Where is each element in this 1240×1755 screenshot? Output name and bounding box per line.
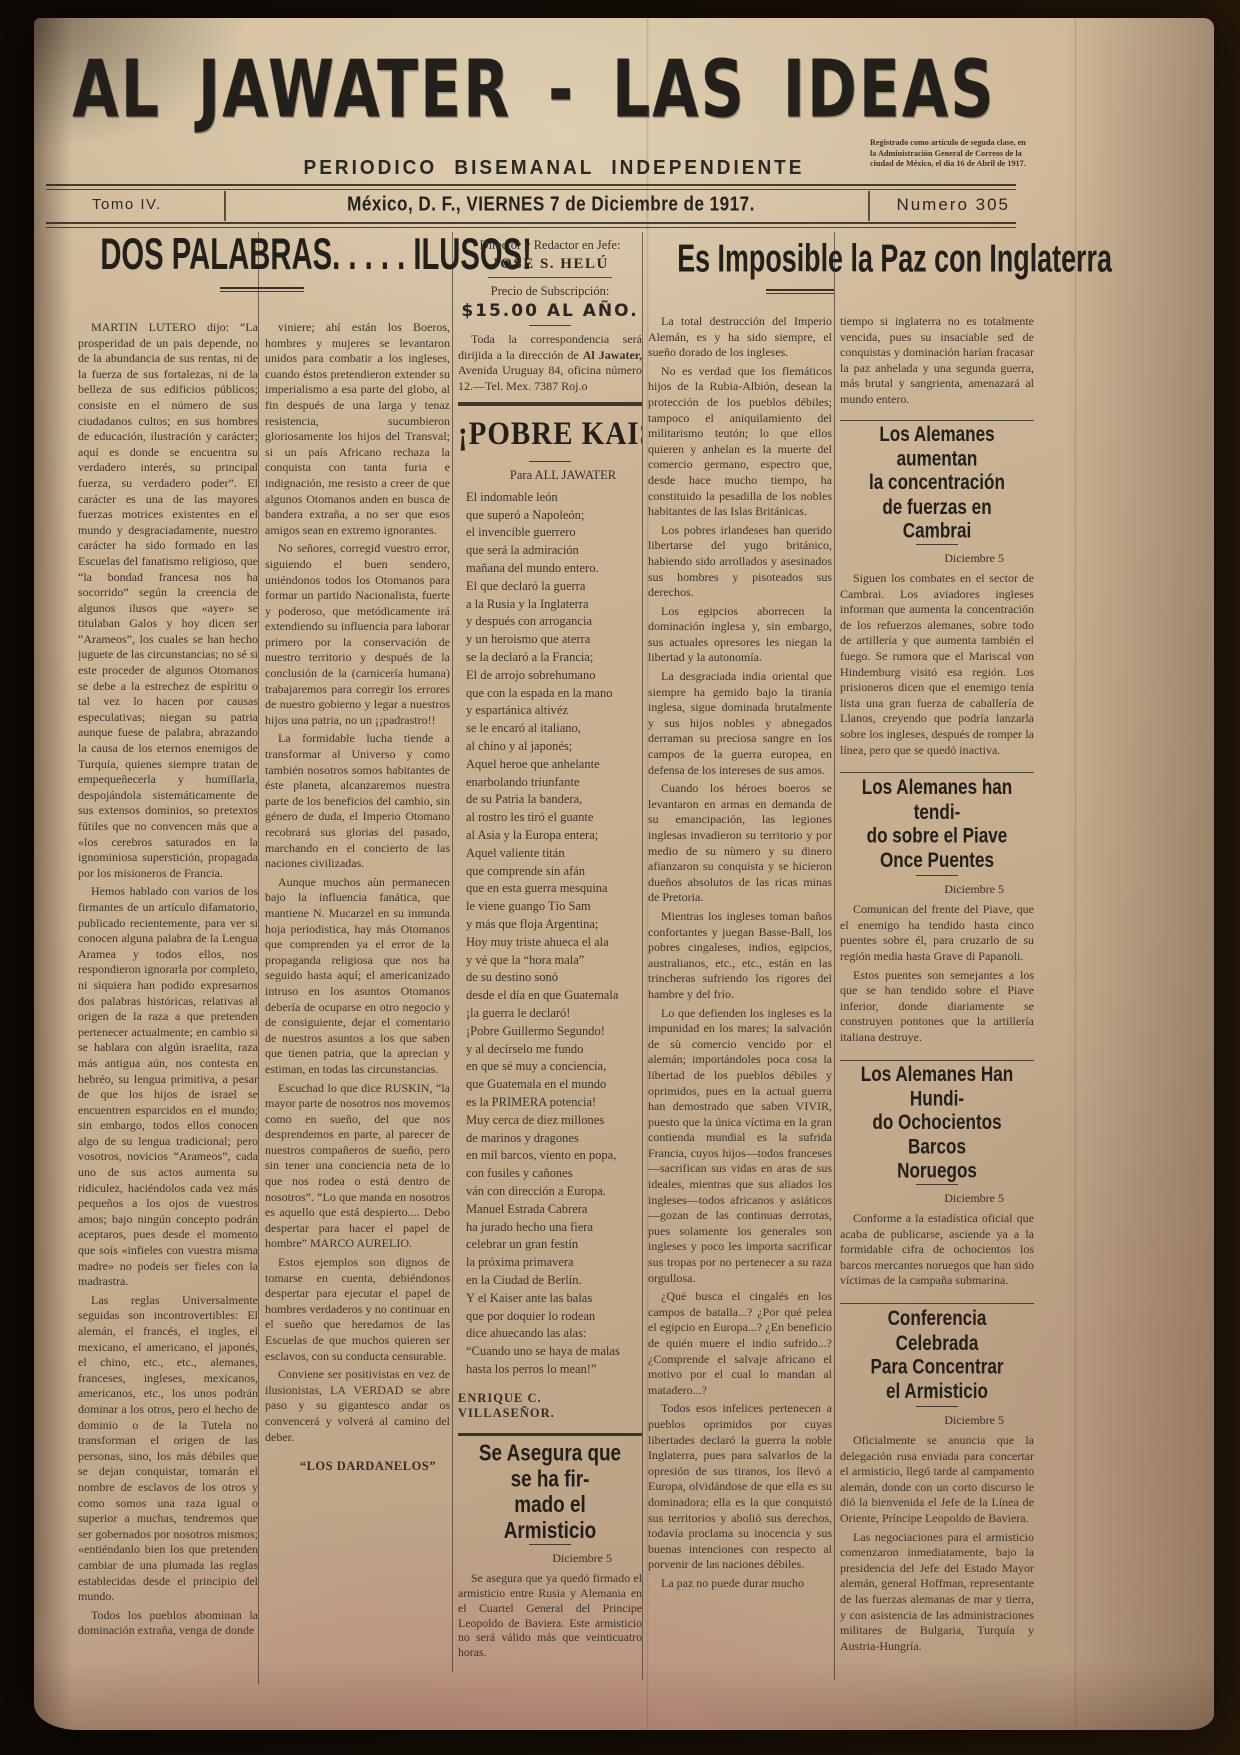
- poem-line: la próxima primavera: [458, 1254, 642, 1272]
- poem-line: al Asia y la Europa entera;: [458, 827, 642, 845]
- headline-line: Se Asegura que se ha fir-: [467, 1441, 633, 1493]
- poem-line: mañana del mundo entero.: [458, 560, 642, 578]
- paragraph: Se asegura que ya quedó firmado el armis…: [458, 1571, 642, 1660]
- poem-line: de su destino sonó: [458, 969, 642, 987]
- issue-date: México, D. F., VIERNES 7 de Diciembre de…: [252, 193, 851, 217]
- poem-line: Muy cerca de diez millones: [458, 1112, 642, 1130]
- poem-signature: ENRIQUE C. VILLASEÑOR.: [458, 1391, 642, 1421]
- headline-line: Once Puentes: [850, 849, 1025, 873]
- poem-line: ha jurado hecho una fiera: [458, 1219, 642, 1237]
- headline-line: de fuerzas en: [850, 495, 1025, 519]
- paragraph: La formidable lucha tiende a transformar…: [265, 731, 450, 871]
- poem-line: el invencible guerrero: [458, 524, 642, 542]
- column-divider: [452, 232, 453, 1672]
- paragraph: Conforme a la estadística oficial que ac…: [840, 1211, 1034, 1289]
- dateline-tag: Diciembre 5: [840, 882, 1034, 897]
- poem-line: con fusiles y cañones: [458, 1165, 642, 1183]
- dateline-tag: Diciembre 5: [840, 551, 1034, 566]
- article-signature: “LOS DARDANELOS”: [265, 1459, 450, 1474]
- correspondence-address: Al Jawater,: [583, 348, 642, 362]
- newspaper-page: AL JAWATER - LAS IDEAS PERIODICO BISEMAN…: [34, 18, 1214, 1730]
- paragraph: No es verdad que los flemáticos hijos de…: [648, 364, 832, 520]
- poem-line: al rostro les tiró el guante: [458, 809, 642, 827]
- dos-palabras-column-2: viniere; ahí están los Boeros, hombres y…: [265, 320, 450, 1682]
- column-divider: [258, 232, 259, 1684]
- headline-line: Los Alemanes han tendi-: [850, 777, 1025, 825]
- poem-line: de marinos y dragones: [458, 1130, 642, 1148]
- paragraph: La paz no puede durar mucho: [648, 1576, 832, 1592]
- right-column: tiempo si inglaterra no es totalmente ve…: [840, 314, 1034, 1686]
- director-name: JOSE S. HELÚ: [458, 256, 642, 273]
- poem: El indomable leónque superó a Napoleón;e…: [458, 489, 642, 1379]
- poem-line: ¡la guerra le declaró!: [458, 1005, 642, 1023]
- poem-line: El que declaró la guerra: [458, 578, 642, 596]
- headline-line: Los Alemanes aumentan: [850, 423, 1025, 471]
- paragraph: Mientras los ingleses toman baños confor…: [648, 909, 832, 1003]
- poem-line: y un heroismo que aterra: [458, 631, 642, 649]
- poem-line: que por doquier lo rodean: [458, 1308, 642, 1326]
- poem-line: que en esta guerra mesquina: [458, 880, 642, 898]
- poem-line: ván con dirección a Europa.: [458, 1183, 642, 1201]
- poem-line: es la PRIMERA potencia!: [458, 1094, 642, 1112]
- newspaper-subtitle: PERIODICO BISEMANAL INDEPENDIENTE: [274, 157, 834, 180]
- issue-number: Numero 305: [896, 195, 1010, 215]
- poem-line: de su Patria la bandera,: [458, 791, 642, 809]
- paragraph: Los egipcios aborrecen la dominación ing…: [648, 604, 832, 666]
- director-label: Director y Redactor en Jefe:: [458, 238, 642, 253]
- paragraph: ¿Qué busca el cingalés en los campos de …: [648, 1289, 832, 1398]
- poem-line: ¡Pobre Guillermo Segundo!: [458, 1023, 642, 1041]
- paragraph: Lo que defienden los ingleses es la impu…: [648, 1006, 832, 1287]
- headline-line: el Armisticio: [850, 1380, 1025, 1404]
- poem-line: desde el día en que Guatemala: [458, 987, 642, 1005]
- registration-line: la Administración General de Correos de …: [870, 149, 1030, 160]
- poem-line: El indomable león: [458, 489, 642, 507]
- volume-label: Tomo IV.: [92, 196, 162, 213]
- paragraph: La desgraciada india oriental que siempr…: [648, 669, 832, 778]
- brief-barcos: Los Alemanes Han Hundi-do Ochocientos Ba…: [840, 1060, 1034, 1289]
- poem-line: a la Rusia y la Inglaterra: [458, 596, 642, 614]
- dateline-tag: Diciembre 5: [840, 1191, 1034, 1206]
- brief-body: Siguen los combates en el sector de Camb…: [840, 571, 1034, 758]
- headline-line: mado el Armisticio: [467, 1492, 633, 1544]
- headline-underline: [916, 544, 958, 545]
- brief-body: Oficialmente se anuncia que la delegació…: [840, 1433, 1034, 1654]
- correspondence-note: Toda la correspondencia será dirijida a …: [458, 332, 642, 394]
- poem-line: Manuel Estrada Cabrera: [458, 1201, 642, 1219]
- headline-line: do sobre el Piave: [850, 825, 1025, 849]
- continuation-paragraph: tiempo si inglaterra no es totalmente ve…: [840, 314, 1034, 408]
- paragraph: Estos puentes son semejantes a los que s…: [840, 968, 1034, 1046]
- poem-headline: ¡POBRE KAISER!: [458, 416, 642, 453]
- poem-line: dice ahuecando las alas:: [458, 1325, 642, 1343]
- poem-line: Y el Kaiser ante las balas: [458, 1290, 642, 1308]
- rule: [529, 325, 571, 326]
- poem-line: le viene guango Tío Sam: [458, 898, 642, 916]
- paragraph: Siguen los combates en el sector de Camb…: [840, 571, 1034, 758]
- dateline-bar: Tomo IV. México, D. F., VIERNES 7 de Dic…: [46, 191, 1016, 221]
- poem-line: “Cuando uno se haya de malas: [458, 1343, 642, 1361]
- poem-line: en mil barcos, viento en popa,: [458, 1147, 642, 1165]
- brief-headline: Los Alemanes Han Hundi-do Ochocientos Ba…: [850, 1054, 1025, 1183]
- poem-line: Aquel valiente titán: [458, 845, 642, 863]
- section-rule: [458, 402, 642, 406]
- headline-line: Los Alemanes Han Hundi-: [850, 1063, 1025, 1111]
- headline-underline: [220, 287, 304, 292]
- article-inglaterra-header: Es Imposible la Paz con Inglaterra: [646, 236, 1036, 294]
- registration-line: ciudad de México, el día 16 de Abril de …: [870, 159, 1030, 170]
- poem-line: y vé que la “hora mala”: [458, 952, 642, 970]
- paragraph: MARTIN LUTERO dijo: “La prosperidad de u…: [78, 320, 258, 881]
- poem-line: que Guatemala en el mundo: [458, 1076, 642, 1094]
- brief-headline: Los Alemanes aumentanla concentraciónde …: [850, 414, 1025, 543]
- dateline-divider: [224, 191, 226, 221]
- headline-underline: [916, 1184, 958, 1185]
- center-column: Director y Redactor en Jefe: JOSE S. HEL…: [458, 238, 642, 1684]
- paragraph: Escuchad lo que dice RUSKIN, “la mayor p…: [265, 1081, 450, 1253]
- brief-cambrai: Los Alemanes aumentanla concentraciónde …: [840, 420, 1034, 759]
- dateline-tag: Diciembre 5: [458, 1551, 642, 1566]
- paragraph: La total destrucción del Imperio Alemán,…: [648, 314, 832, 361]
- headline-line: Noruegos: [850, 1159, 1025, 1183]
- correspondence-text: Avenida Uruguay 84, oficina número 12.—T…: [458, 363, 642, 393]
- headline-line: Para Concentrar: [850, 1355, 1025, 1379]
- paragraph: Conviene ser positivistas en vez de ilus…: [265, 1367, 450, 1445]
- article-headline: Es Imposible la Paz con Inglaterra: [677, 236, 1005, 281]
- article-headline: DOS PALABRAS. . . . . ILUSOS!: [100, 230, 423, 281]
- price-label: Precio de Subscripción:: [458, 284, 642, 299]
- poem-line: Hoy muy triste ahueca el ala: [458, 934, 642, 952]
- poem-line: enarbolando triunfante: [458, 774, 642, 792]
- poem-line: que será la admiración: [458, 542, 642, 560]
- paragraph: Aunque muchos aùn permanecen bajo la inf…: [265, 875, 450, 1078]
- poem-line: al chino y al japonés;: [458, 738, 642, 756]
- poem-line: hasta los perros lo mean!”: [458, 1361, 642, 1379]
- paragraph: Todos esos infelices pertenecen a pueblo…: [648, 1401, 832, 1573]
- rule-double-top: [46, 184, 1016, 190]
- headline-underline: [766, 289, 834, 294]
- poem-line: y más que floja Argentina;: [458, 916, 642, 934]
- headline-underline: [529, 461, 571, 462]
- paragraph: No señores, corregid vuestro error, sigu…: [265, 541, 450, 728]
- dateline-tag: Diciembre 5: [840, 1413, 1034, 1428]
- brief-body: Conforme a la estadística oficial que ac…: [840, 1211, 1034, 1289]
- poem-line: que con la espada en la mano: [458, 685, 642, 703]
- registration-line: Registrado como artículo de seguda clase…: [870, 138, 1030, 149]
- poem-line: El de arrojo sobrehumano: [458, 667, 642, 685]
- paragraph: Estos ejemplos son dignos de tomarse en …: [265, 1255, 450, 1364]
- paragraph: Hemos hablado con varios de los firmante…: [78, 884, 258, 1289]
- subscription-price: $15.00 AL AÑO.: [458, 301, 642, 321]
- poem-line: Aquel heroe que anhelante: [458, 756, 642, 774]
- brief-body: Comunican del frente del Piave, que el e…: [840, 902, 1034, 1045]
- poem-dedication: Para ALL JAWATER: [458, 468, 642, 483]
- brief-headline: Conferencia CelebradaPara Concentrarel A…: [850, 1298, 1025, 1403]
- dos-palabras-column-1: MARTIN LUTERO dijo: “La prosperidad de u…: [78, 320, 258, 1682]
- paragraph: Oficialmente se anuncia que la delegació…: [840, 1433, 1034, 1527]
- headline-line: la concentración: [850, 471, 1025, 495]
- rule-double-bottom: [46, 222, 1016, 228]
- paragraph: Las reglas Universalmente seguidas son i…: [78, 1293, 258, 1605]
- paragraph: Comunican del frente del Piave, que el e…: [840, 902, 1034, 964]
- poem-line: celebrar un gran festín: [458, 1236, 642, 1254]
- poem-line: en que sé muy a conciencia,: [458, 1058, 642, 1076]
- paragraph: Cuando los héroes boeros se levantaron e…: [648, 781, 832, 906]
- poem-line: y espartánica altivéz: [458, 702, 642, 720]
- column-divider: [834, 232, 835, 1680]
- poem-line: se la declaró a la Francia;: [458, 649, 642, 667]
- registration-notice: Registrado como artículo de seguda clase…: [870, 138, 1030, 170]
- rule: [488, 277, 612, 278]
- article-dos-palabras-header: DOS PALABRAS. . . . . ILUSOS!: [74, 230, 450, 292]
- paragraph: Todos los pueblos abominan la dominación…: [78, 1608, 258, 1639]
- poem-line: y al decírselo me fundo: [458, 1041, 642, 1059]
- headline-line: Conferencia Celebrada: [850, 1307, 1025, 1355]
- article-armisticio: Se Asegura que se ha fir- mado el Armist…: [458, 1446, 642, 1660]
- poem-line: se le encaró al italiano,: [458, 720, 642, 738]
- column-divider: [642, 232, 643, 1680]
- headline-underline: [529, 1544, 571, 1545]
- brief-headline: Los Alemanes han tendi-do sobre el Piave…: [850, 768, 1025, 873]
- inglaterra-column-1: La total destrucción del Imperio Alemán,…: [648, 314, 832, 1682]
- headline-line: do Ochocientos Barcos: [850, 1111, 1025, 1159]
- paragraph: Los pobres irlandeses han querido libert…: [648, 523, 832, 601]
- paragraph: viniere; ahí están los Boeros, hombres y…: [265, 320, 450, 538]
- poem-line: y después con arrogancia: [458, 613, 642, 631]
- paragraph: Las negociaciones para el armisticio com…: [840, 1530, 1034, 1655]
- headline-line: Cambrai: [850, 519, 1025, 543]
- newspaper-scan: AL JAWATER - LAS IDEAS PERIODICO BISEMAN…: [0, 0, 1240, 1755]
- poem-line: que comprende sin afán: [458, 863, 642, 881]
- paragraph-list: viniere; ahí están los Boeros, hombres y…: [265, 320, 450, 1445]
- headline-underline: [916, 875, 958, 876]
- brief-conferencia: Conferencia CelebradaPara Concentrarel A…: [840, 1303, 1034, 1654]
- poem-line: en la Ciudad de Berlín.: [458, 1272, 642, 1290]
- section-rule: [458, 1433, 642, 1437]
- headline-underline: [916, 1406, 958, 1407]
- dateline-divider: [868, 191, 870, 221]
- brief-piave: Los Alemanes han tendi-do sobre el Piave…: [840, 772, 1034, 1045]
- poem-line: que superó a Napoleón;: [458, 507, 642, 525]
- article-headline: Se Asegura que se ha fir- mado el Armist…: [467, 1441, 633, 1544]
